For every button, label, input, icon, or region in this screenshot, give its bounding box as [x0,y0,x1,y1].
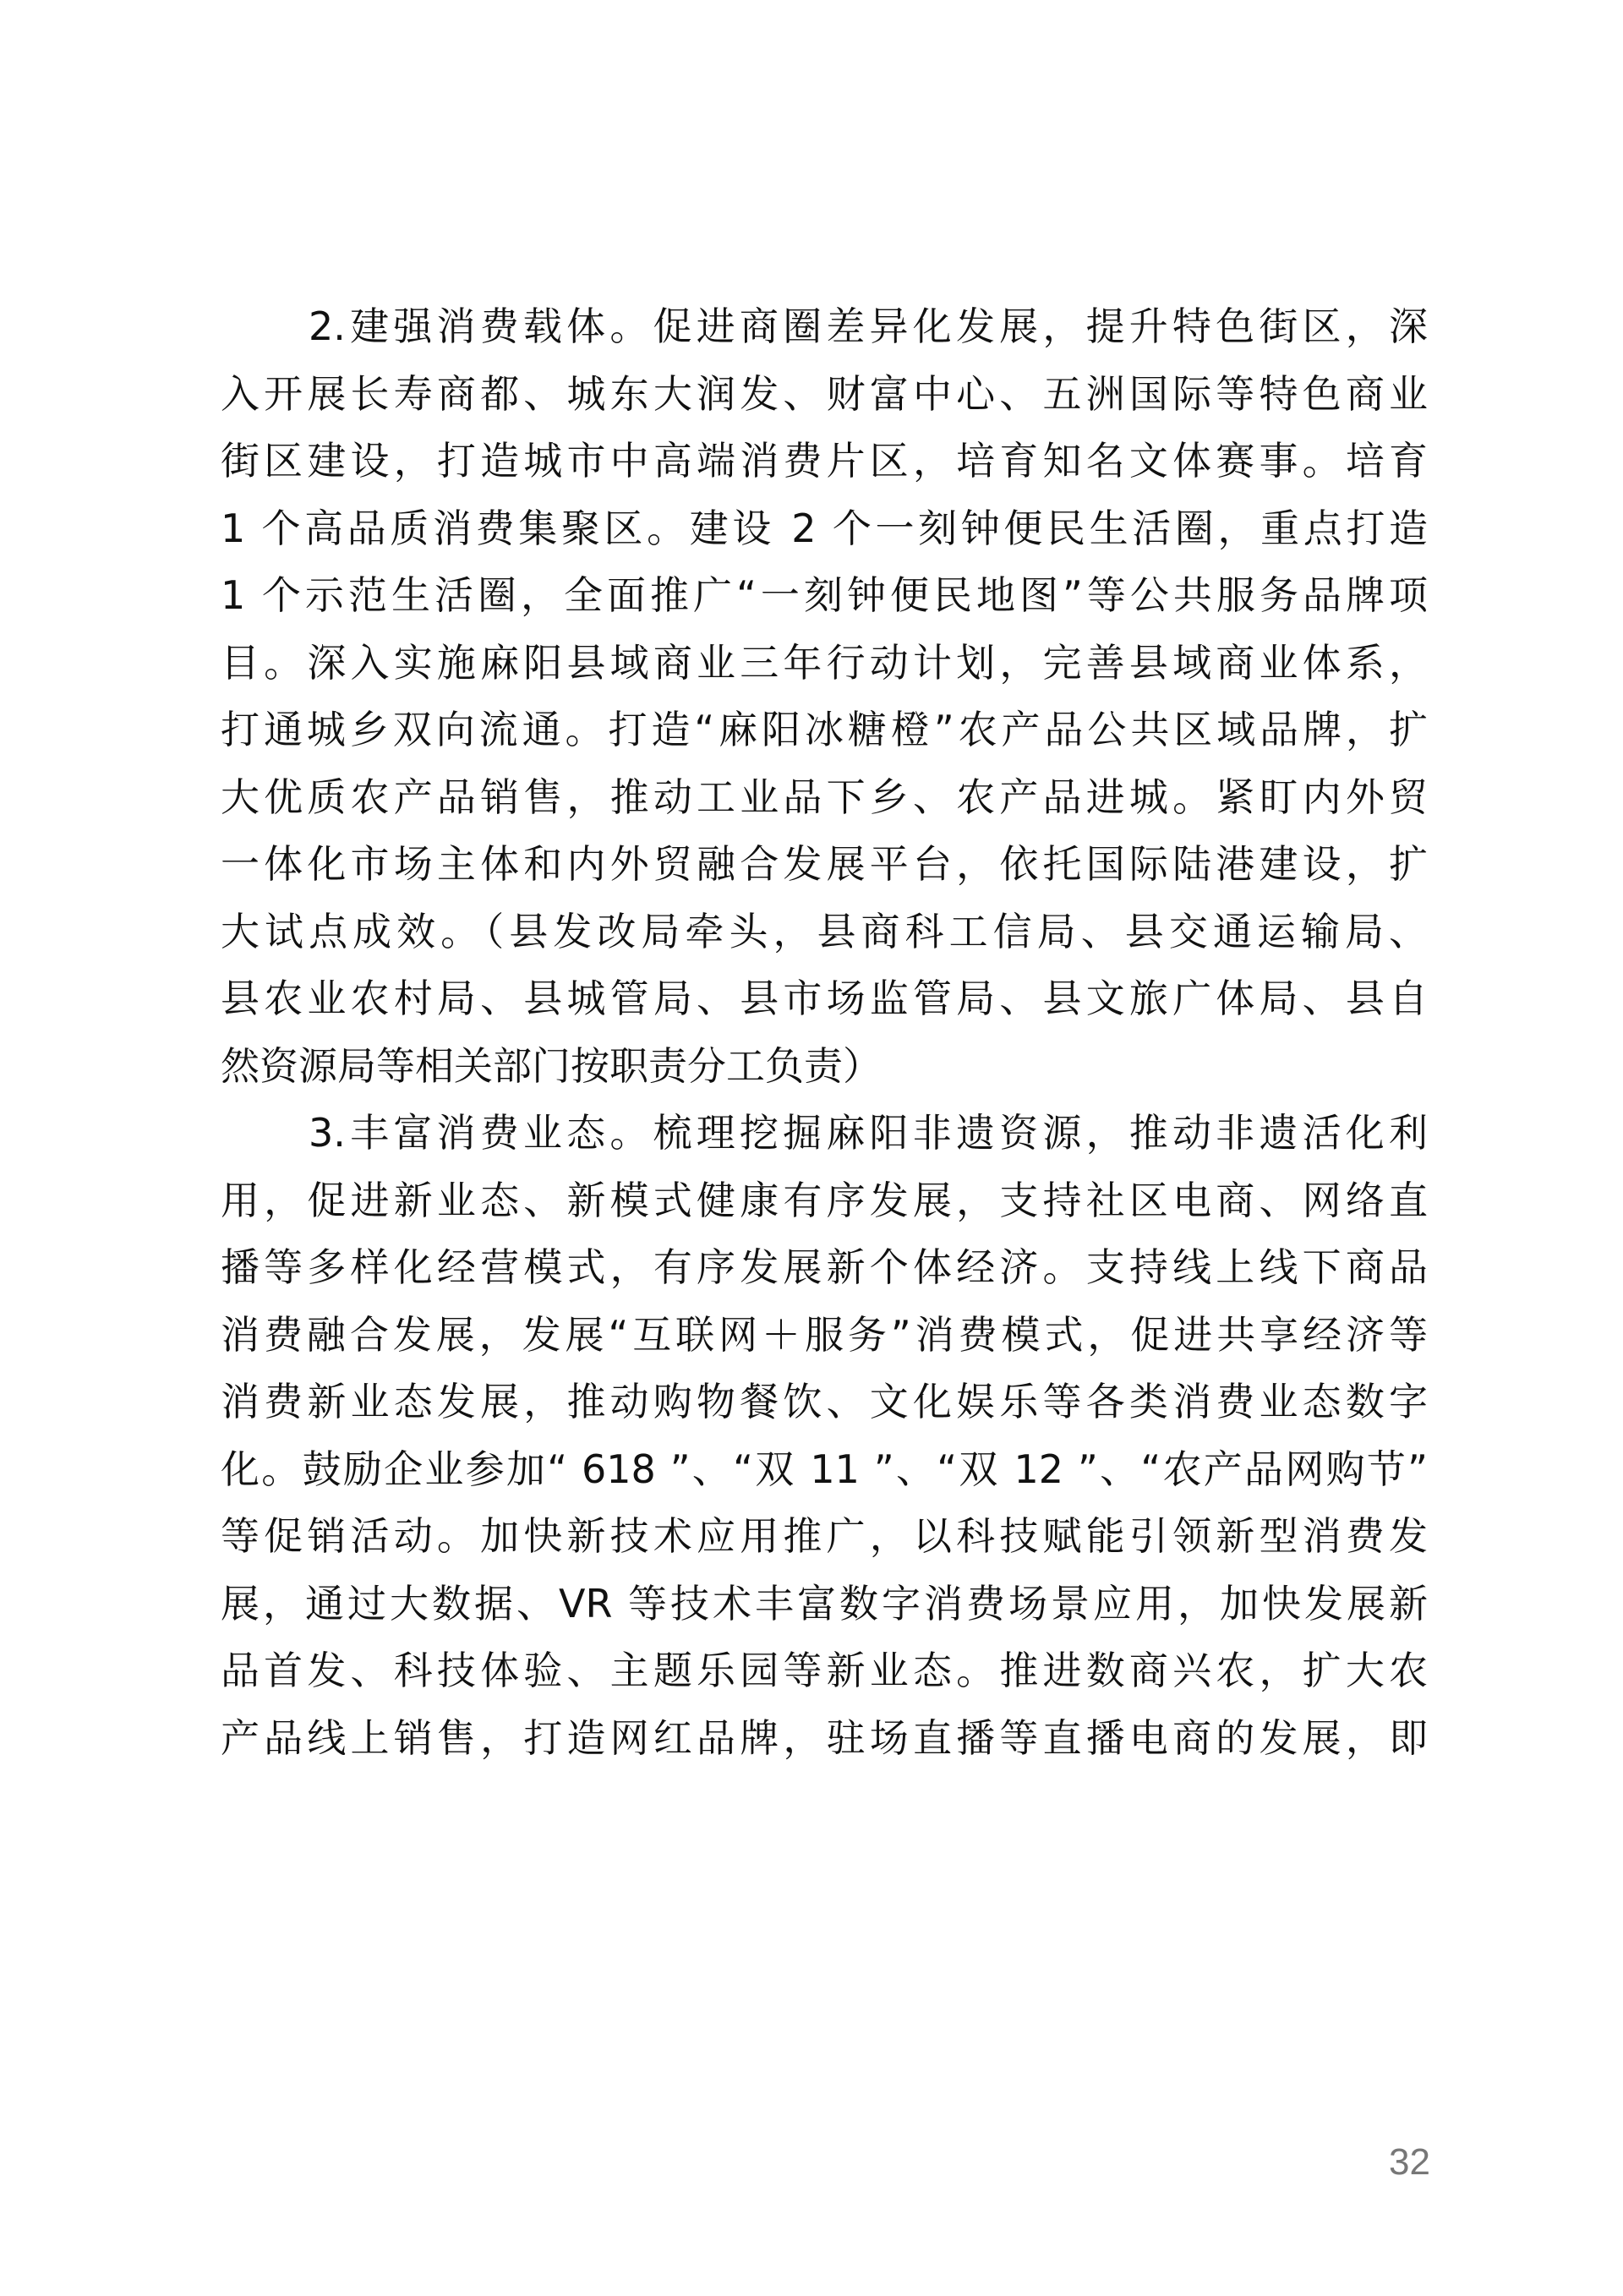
text-line: 播等多样化经营模式，有序发展新个体经济。支持线上线下商品 [221,1234,1428,1302]
document-page: 2.建强消费载体。促进商圈差异化发展，提升特色街区，深 入开展长寿商都、城东大润… [0,0,1623,2296]
text-line: 展，通过大数据、VR 等技术丰富数字消费场景应用，加快发展新 [221,1571,1428,1638]
text-line: 3.丰富消费业态。梳理挖掘麻阳非遗资源，推动非遗活化利 [221,1100,1428,1167]
text-line: 产品线上销售，打造网红品牌，驻场直播等直播电商的发展，即 [221,1705,1428,1773]
text-line: 1 个示范生活圈，全面推广“一刻钟便民地图”等公共服务品牌项 [221,562,1428,630]
text-line: 1 个高品质消费集聚区。建设 2 个一刻钟便民生活圈，重点打造 [221,495,1428,563]
text-line: 品首发、科技体验、主题乐园等新业态。推进数商兴农，扩大农 [221,1637,1428,1705]
text-line: 一体化市场主体和内外贸融合发展平台，依托国际陆港建设，扩 [221,831,1428,899]
text-line: 消费新业态发展，推动购物餐饮、文化娱乐等各类消费业态数字 [221,1369,1428,1436]
text-line: 然资源局等相关部门按职责分工负责） [221,1033,1428,1101]
text-line: 化。鼓励企业参加“ 618 ”、“双 11 ”、“双 12 ”、“农产品网购节” [221,1436,1428,1504]
text-line: 消费融合发展，发展“互联网＋服务”消费模式，促进共享经济等 [221,1302,1428,1369]
text-line: 用，促进新业态、新模式健康有序发展，支持社区电商、网络直 [221,1167,1428,1235]
text-line: 等促销活动。加快新技术应用推广，以科技赋能引领新型消费发 [221,1503,1428,1571]
text-line: 大试点成效。（县发改局牵头，县商科工信局、县交通运输局、 [221,899,1428,966]
page-number: 32 [1378,2141,1430,2184]
text-line: 目。深入实施麻阳县域商业三年行动计划，完善县域商业体系， [221,630,1428,697]
text-line: 打通城乡双向流通。打造“麻阳冰糖橙”农产品公共区域品牌，扩 [221,697,1428,764]
paragraph-consumption-carriers: 2.建强消费载体。促进商圈差异化发展，提升特色街区，深 入开展长寿商都、城东大润… [221,293,1428,1100]
text-line: 入开展长寿商都、城东大润发、财富中心、五洲国际等特色商业 [221,361,1428,429]
body-text: 2.建强消费载体。促进商圈差异化发展，提升特色街区，深 入开展长寿商都、城东大润… [221,293,1428,1772]
paragraph-consumption-formats: 3.丰富消费业态。梳理挖掘麻阳非遗资源，推动非遗活化利 用，促进新业态、新模式健… [221,1100,1428,1772]
text-line: 县农业农村局、县城管局、县市场监管局、县文旅广体局、县自 [221,965,1428,1033]
text-line: 2.建强消费载体。促进商圈差异化发展，提升特色街区，深 [221,293,1428,361]
text-line: 街区建设，打造城市中高端消费片区，培育知名文体赛事。培育 [221,428,1428,495]
text-line: 大优质农产品销售，推动工业品下乡、农产品进城。紧盯内外贸 [221,764,1428,832]
